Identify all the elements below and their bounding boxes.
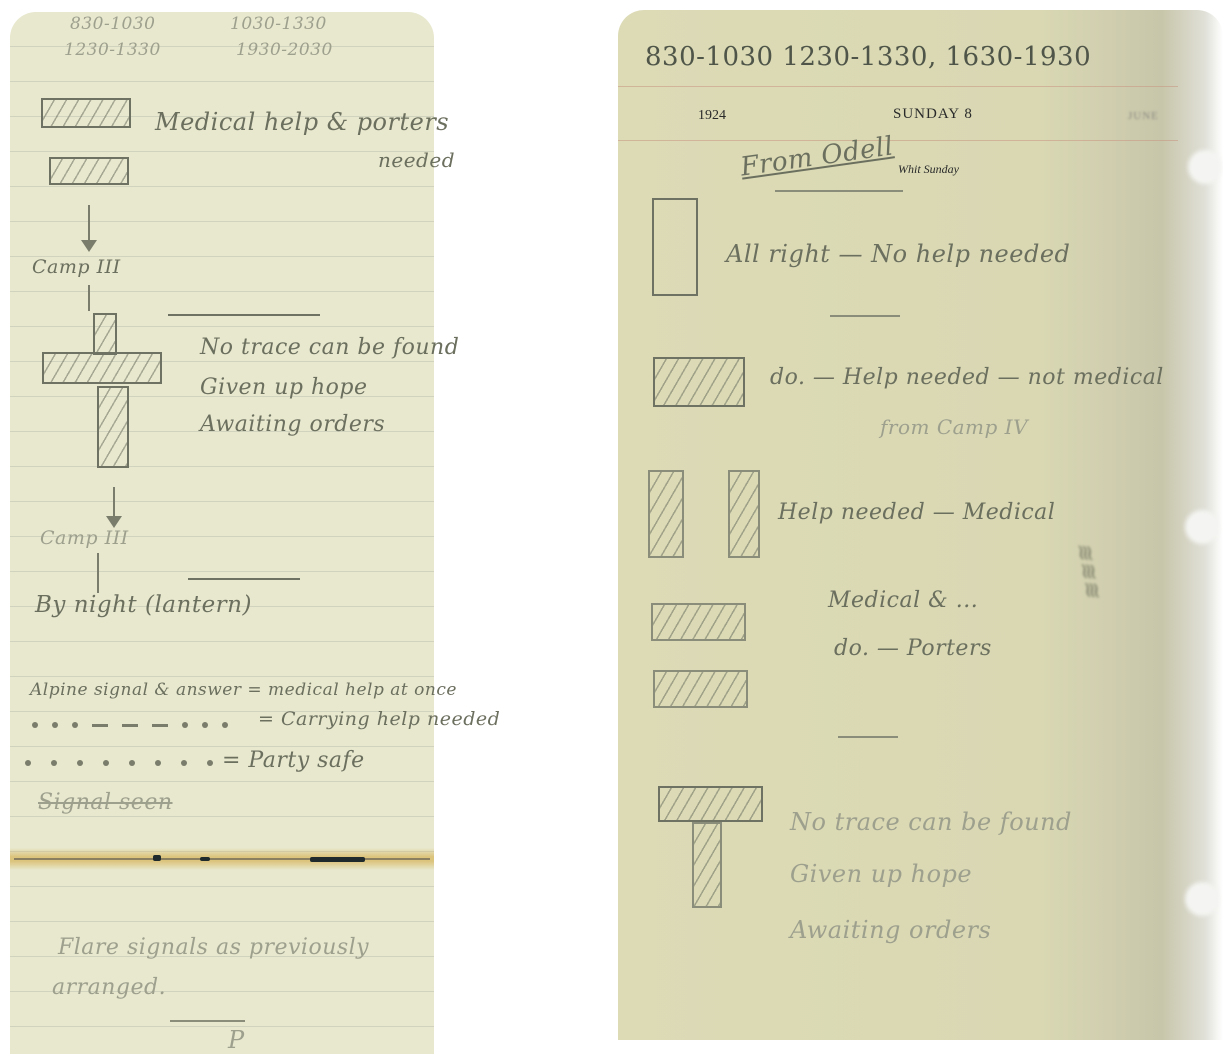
divider-rule: [830, 315, 900, 317]
fold-crease: [14, 858, 430, 860]
divider-rule: [170, 1020, 245, 1022]
section-heading: By night (lantern): [35, 592, 252, 618]
signal-meaning: needed: [378, 148, 455, 172]
camp-label: Camp III: [32, 256, 121, 278]
signal-meaning: Medical help & porters: [155, 108, 449, 136]
divider-rule: [168, 314, 320, 316]
t-stem-icon: [692, 822, 722, 908]
printed-year: 1924: [698, 108, 726, 124]
divider-rule: [838, 736, 898, 738]
ruled-line: [618, 86, 1178, 87]
camp-label: Camp III: [40, 527, 129, 549]
signal-line: = Party safe: [222, 748, 365, 773]
signal-meaning: Awaiting orders: [200, 412, 385, 437]
time-range: 830-1030: [70, 14, 155, 34]
printed-month: JUNE: [1128, 110, 1159, 122]
ink-spot: [153, 855, 161, 861]
divider-rule: [188, 578, 300, 580]
vertical-rect-icon: [728, 470, 760, 558]
signal-meaning: do. — Porters: [834, 636, 992, 661]
printed-day: SUNDAY 8: [893, 106, 973, 123]
arrow-line: [88, 205, 90, 245]
footer-fragment: P: [228, 1026, 245, 1054]
binder-hole: [1185, 882, 1219, 916]
note-line: Flare signals as previously: [58, 935, 369, 960]
ink-spot: [200, 857, 210, 861]
down-arrow-icon: [81, 240, 97, 252]
dot-signal: [25, 760, 213, 766]
cross-bar-icon: [42, 352, 162, 384]
time-range: 1230-1330: [64, 40, 161, 60]
signal-meaning: Given up hope: [790, 860, 972, 888]
arrow-line: [97, 553, 99, 593]
signal-meaning: Help needed — Medical: [778, 500, 1055, 525]
signal-meaning: No trace can be found: [790, 808, 1072, 836]
time-range: 1030-1330: [230, 14, 327, 34]
binder-hole: [1185, 510, 1219, 544]
divider-rule: [775, 190, 903, 192]
horizontal-bar-icon: [653, 670, 748, 708]
signal-line: = Carrying help needed: [258, 708, 500, 730]
t-bar-icon: [658, 786, 763, 822]
signal-meaning: do. — Help needed — not medical: [770, 365, 1164, 390]
cross-top-icon: [93, 313, 117, 355]
signal-meaning: No trace can be found: [200, 335, 459, 360]
horizontal-rect-icon: [653, 357, 745, 407]
signal-bar-icon: [49, 157, 129, 185]
vertical-rect-icon: [648, 470, 684, 558]
ink-spot: [310, 857, 365, 862]
signal-line: Alpine signal & answer = medical help at…: [30, 680, 457, 700]
horizontal-bar-icon: [651, 603, 746, 641]
morse-signal: [32, 722, 228, 728]
signal-subtext: from Camp IV: [880, 415, 1028, 439]
signal-meaning: Awaiting orders: [790, 916, 991, 944]
signal-meaning: Given up hope: [200, 375, 367, 400]
arrow-line: [88, 285, 90, 311]
vertical-rect-icon: [652, 198, 698, 296]
ruled-line: [618, 140, 1178, 141]
binder-hole: [1188, 150, 1222, 184]
signal-meaning: Medical & ...: [828, 588, 978, 613]
header-times: 830-1030 1230-1330, 1630-1930: [645, 42, 1091, 72]
time-range: 1930-2030: [236, 40, 333, 60]
signal-meaning: All right — No help needed: [726, 240, 1070, 268]
struck-text: Signal seen: [38, 790, 173, 815]
printed-holiday: Whit Sunday: [898, 162, 959, 177]
note-line: arranged.: [52, 975, 166, 1000]
cross-stem-icon: [97, 386, 129, 468]
signal-bar-icon: [41, 98, 131, 128]
